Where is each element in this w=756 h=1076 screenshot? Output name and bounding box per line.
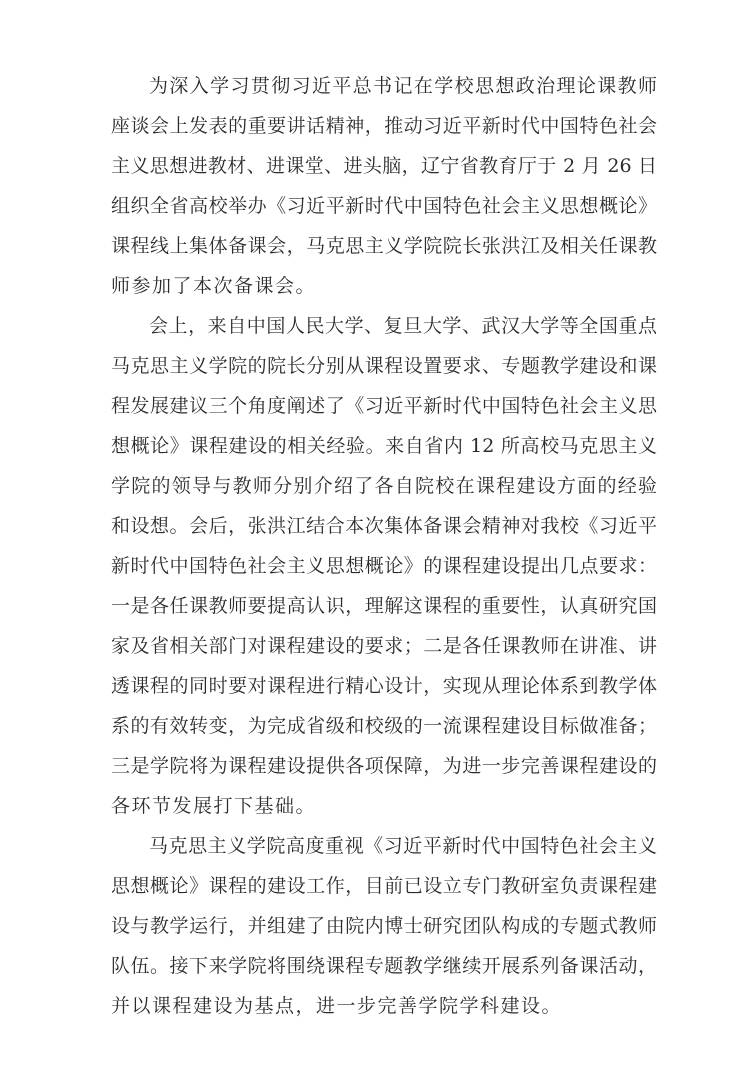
paragraph-1: 为深入学习贯彻习近平总书记在学校思想政治理论课教师座谈会上发表的重要讲话精神，推…: [111, 66, 657, 306]
document-page: 为深入学习贯彻习近平总书记在学校思想政治理论课教师座谈会上发表的重要讲话精神，推…: [0, 0, 756, 1076]
text-line: 组织全省高校举办《习近平新时代中国特色社会主义思想概论》: [111, 186, 657, 226]
text-line: 系的有效转变，为完成省级和校级的一流课程建设目标做准备；: [111, 706, 657, 746]
text-line: 三是学院将为课程建设提供各项保障，为进一步完善课程建设的: [111, 746, 657, 786]
document-body: 为深入学习贯彻习近平总书记在学校思想政治理论课教师座谈会上发表的重要讲话精神，推…: [111, 66, 657, 1026]
text-line: 学院的领导与教师分别介绍了各自院校在课程建设方面的经验: [111, 466, 657, 506]
text-line: 设与教学运行，并组建了由院内博士研究团队构成的专题式教师: [111, 906, 657, 946]
paragraph-3: 马克思主义学院高度重视《习近平新时代中国特色社会主义思想概论》课程的建设工作，目…: [111, 826, 657, 1026]
text-line: 座谈会上发表的重要讲话精神，推动习近平新时代中国特色社会: [111, 106, 657, 146]
text-line: 马克思主义学院高度重视《习近平新时代中国特色社会主义: [111, 826, 657, 866]
text-line: 和设想。会后，张洪江结合本次集体备课会精神对我校《习近平: [111, 506, 657, 546]
text-line: 程发展建议三个角度阐述了《习近平新时代中国特色社会主义思: [111, 386, 657, 426]
text-line: 师参加了本次备课会。: [111, 266, 657, 306]
text-line: 家及省相关部门对课程建设的要求；二是各任课教师在讲准、讲: [111, 626, 657, 666]
text-line: 想概论》课程建设的相关经验。来自省内 12 所高校马克思主义: [111, 426, 657, 466]
text-line: 透课程的同时要对课程进行精心设计，实现从理论体系到教学体: [111, 666, 657, 706]
text-line: 一是各任课教师要提高认识，理解这课程的重要性，认真研究国: [111, 586, 657, 626]
text-line: 马克思主义学院的院长分别从课程设置要求、专题教学建设和课: [111, 346, 657, 386]
text-line: 会上，来自中国人民大学、复旦大学、武汉大学等全国重点: [111, 306, 657, 346]
text-line: 并以课程建设为基点，进一步完善学院学科建设。: [111, 986, 657, 1026]
paragraph-2: 会上，来自中国人民大学、复旦大学、武汉大学等全国重点马克思主义学院的院长分别从课…: [111, 306, 657, 826]
text-line: 课程线上集体备课会，马克思主义学院院长张洪江及相关任课教: [111, 226, 657, 266]
text-line: 队伍。接下来学院将围绕课程专题教学继续开展系列备课活动，: [111, 946, 657, 986]
text-line: 主义思想进教材、进课堂、进头脑，辽宁省教育厅于 2 月 26 日: [111, 146, 657, 186]
text-line: 各环节发展打下基础。: [111, 786, 657, 826]
text-line: 新时代中国特色社会主义思想概论》的课程建设提出几点要求：: [111, 546, 657, 586]
text-line: 为深入学习贯彻习近平总书记在学校思想政治理论课教师: [111, 66, 657, 106]
text-line: 思想概论》课程的建设工作，目前已设立专门教研室负责课程建: [111, 866, 657, 906]
